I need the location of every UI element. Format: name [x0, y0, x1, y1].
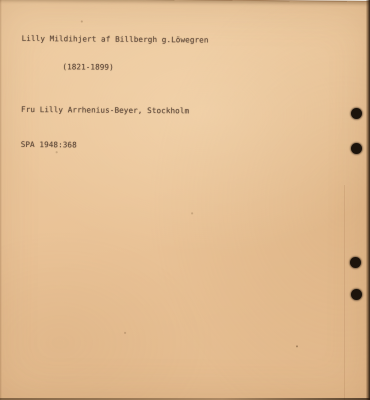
archive-card: Lilly Mildihjert af Billbergh g.Löwegren…: [0, 0, 370, 400]
paper-speck: [124, 332, 126, 334]
card-right-edge-shadow: [366, 0, 370, 400]
paper-speck: [56, 151, 58, 153]
punch-hole: [351, 143, 362, 154]
reference-number: SPA 1948:368: [21, 140, 208, 151]
card-left-edge-shadow: [0, 0, 2, 400]
person-name-line: Lilly Mildihjert af Billbergh g.Löwegren: [22, 34, 209, 45]
card-crease-line: [344, 185, 345, 400]
punch-hole: [350, 257, 361, 268]
paper-speck: [296, 345, 298, 347]
typewritten-text-block: Lilly Mildihjert af Billbergh g.Löwegren…: [21, 15, 209, 170]
donor-line: Fru Lilly Arrhenius-Beyer, Stockholm: [21, 105, 208, 116]
life-dates: (1821-1899): [21, 62, 208, 73]
paper-speck: [191, 212, 193, 214]
punch-hole: [351, 289, 362, 300]
paper-speck: [81, 20, 83, 22]
punch-hole: [351, 108, 362, 119]
